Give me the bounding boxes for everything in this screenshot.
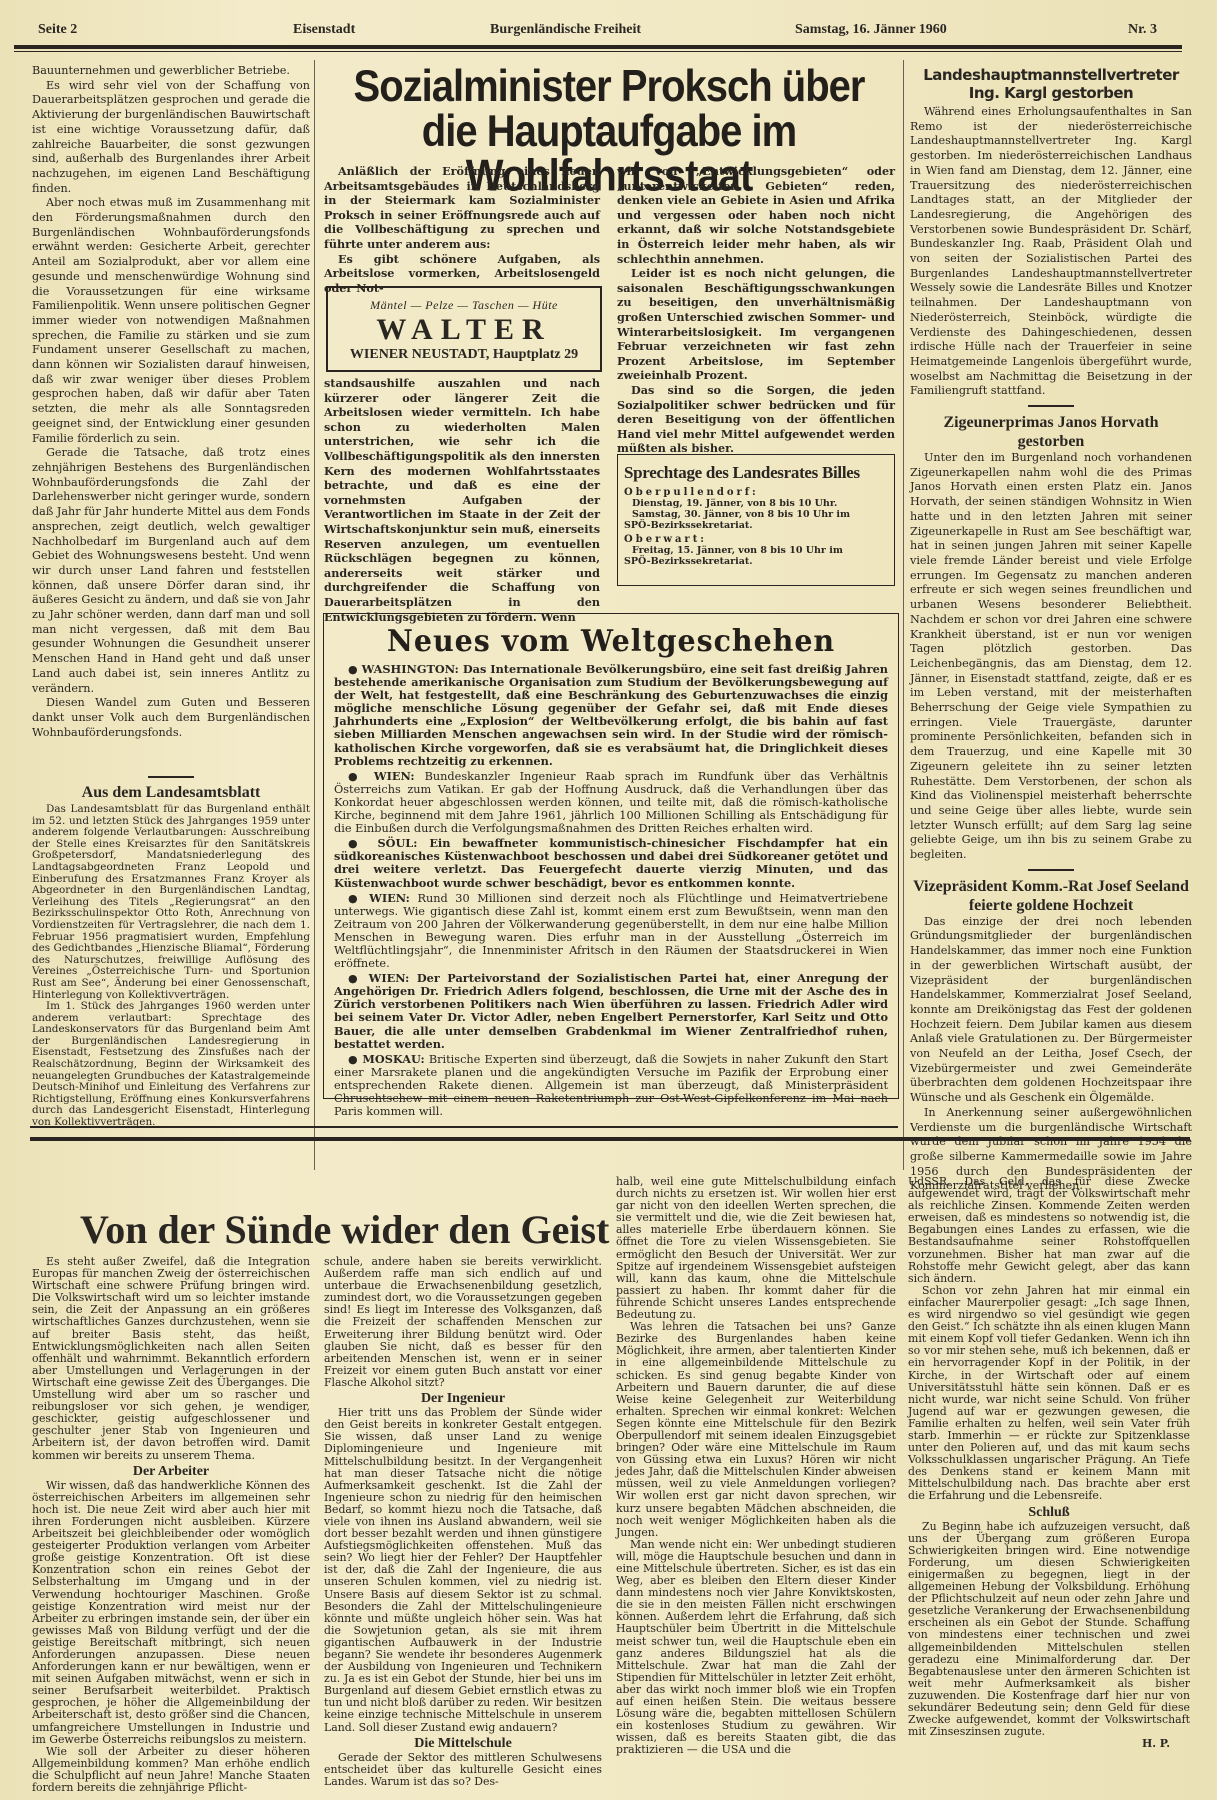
news-item: ● WIEN: Bundeskanzler Ingenieur Raab spr…	[334, 770, 888, 835]
news-text: Bundeskanzler Ingenieur Raab sprach im R…	[334, 770, 888, 835]
masthead-rule	[14, 45, 1182, 49]
section-rule	[30, 1137, 1190, 1141]
bullet-icon: ●	[348, 972, 361, 985]
paragraph: Im 1. Stück des Jahrganges 1960 werden u…	[32, 1001, 310, 1129]
geist-col2: schule, andere haben sie bereits verwirk…	[324, 1256, 602, 1788]
paragraph: standsaushilfe auszahlen und nach kürzer…	[324, 376, 600, 624]
weltgeschehen-box: Neues vom Weltgeschehen ● WASHINGTON: Da…	[323, 613, 899, 1099]
separator	[1028, 869, 1074, 871]
geist-title: Von der Sünde wider den Geist	[80, 1206, 609, 1253]
paragraph: Diesen Wandel zum Guten und Besseren dan…	[32, 696, 310, 740]
paragraph: halb, weil eine gute Mittelschulbildung …	[616, 1176, 896, 1321]
paragraph: Schon vor zehn Jahren hat mir einmal ein…	[908, 1285, 1190, 1503]
place: Eisenstadt	[293, 22, 355, 38]
paragraph: wir von „Entwicklungsgebieten“ oder „unt…	[617, 164, 895, 266]
news-dateline: WIEN:	[374, 769, 415, 783]
paragraph: Man wende nicht ein: Wer unbedingt studi…	[616, 1539, 896, 1757]
column-divider	[314, 60, 315, 1170]
horvath-text: Unter den im Burgenland noch vorhandenen…	[910, 451, 1192, 863]
paragraph: Leider ist es noch nicht gelungen, die s…	[617, 266, 895, 383]
issue-number: Nr. 3	[1128, 22, 1157, 38]
author-signature: H. P.	[908, 1738, 1190, 1750]
landesamtsblatt-title: Aus dem Landesamtsblatt	[32, 784, 310, 802]
paragraph: schule, andere haben sie bereits verwirk…	[324, 1256, 602, 1389]
news-item: ● WASHINGTON: Das Internationale Bevölke…	[334, 663, 888, 768]
news-text: Das Internationale Bevölkerungsbüro, ein…	[334, 662, 888, 768]
bullet-icon: ●	[348, 770, 364, 783]
ad-address: WIENER NEUSTADT, Hauptplatz 29	[328, 347, 600, 363]
geist-col1: Es steht außer Zweifel, daß die Integrat…	[32, 1256, 310, 1794]
news-item: ● WIEN: Der Parteivorstand der Sozialist…	[334, 972, 888, 1051]
box-bottom-rule	[30, 1126, 898, 1128]
column-divider	[903, 60, 904, 1170]
newspaper-page: Seite 2 Eisenstadt Burgenländische Freih…	[0, 0, 1217, 1800]
weltgeschehen-title: Neues vom Weltgeschehen	[338, 624, 883, 659]
section-subheading: Der Ingenieur	[324, 1393, 602, 1405]
geist-col3: halb, weil eine gute Mittelschulbildung …	[616, 1176, 896, 1757]
advertisement-walter: Mäntel — Pelze — Taschen — Hüte WALTER W…	[326, 286, 602, 372]
paragraph: Aber noch etwas muß im Zusammenhang mit …	[32, 196, 310, 446]
paragraph: Wie soll der Arbeiter zu dieser höheren …	[32, 1746, 310, 1794]
proksch-article-col2: wir von „Entwicklungsgebieten“ oder „unt…	[617, 164, 895, 456]
news-item: ● WIEN: Rund 30 Millionen sind derzeit n…	[334, 892, 888, 971]
horvath-title: Zigeunerprimas Janos Horvath gestorben	[910, 413, 1192, 451]
news-dateline: WIEN:	[369, 891, 410, 905]
paragraph: Das sind so die Sorgen, die jeden Sozial…	[617, 383, 895, 456]
section-subheading: Schluß	[908, 1507, 1190, 1519]
paragraph: Das Landesamtsblatt für das Burgenland e…	[32, 804, 310, 1001]
sprechtage-location: Oberwart:	[624, 534, 888, 545]
sprechtage-location: Oberpullendorf:	[624, 487, 888, 498]
kargl-text: Während eines Erholungsaufenthaltes in S…	[910, 105, 1192, 399]
masthead-rule-thin	[14, 51, 1182, 52]
news-dateline: WASHINGTON:	[362, 662, 459, 676]
paragraph: Es wird sehr viel von der Schaffung von …	[32, 79, 310, 197]
ad-brand: WALTER	[328, 315, 600, 345]
seeland-title: Vizepräsident Komm.-Rat Josef Seeland fe…	[910, 877, 1192, 915]
paragraph: Zu Beginn habe ich aufzuzeigen versucht,…	[908, 1521, 1190, 1739]
date: Samstag, 16. Jänner 1960	[795, 22, 947, 38]
sprechtage-box: Sprechtage des Landesrates Billes Oberpu…	[617, 454, 895, 586]
paragraph: Wir wissen, daß das handwerkliche Können…	[32, 1480, 310, 1746]
sprechtage-line: SPÖ-Bezirkssekretariat.	[624, 556, 888, 567]
paragraph: Was lehren die Tatsachen bei uns? Ganze …	[616, 1321, 896, 1539]
paragraph: Hier tritt uns das Problem der Sünde wid…	[324, 1407, 602, 1734]
page-number: Seite 2	[38, 22, 77, 38]
landesamtsblatt-article: Aus dem Landesamtsblatt Das Landesamtsbl…	[32, 770, 310, 1129]
separator	[1028, 405, 1074, 407]
paragraph: Gerade die Tatsache, daß trotz eines zeh…	[32, 446, 310, 696]
news-item: ● MOSKAU: Britische Experten sind überze…	[334, 1053, 888, 1118]
news-text: Der Parteivorstand der Sozialistischen P…	[334, 971, 888, 1050]
separator	[148, 776, 194, 778]
news-dateline: WIEN:	[369, 971, 410, 985]
sprechtage-line: Samstag, 30. Jänner, von 8 bis 10 Uhr im	[624, 509, 888, 520]
paragraph: Anläßlich der Eröffnung eines neuen Arbe…	[324, 164, 600, 252]
sprechtage-line: Freitag, 15. Jänner, von 8 bis 10 Uhr im	[624, 545, 888, 556]
paragraph: UdSSR. Das Geld, das für diese Zwecke au…	[908, 1176, 1190, 1285]
proksch-article-col1: Anläßlich der Eröffnung eines neuen Arbe…	[324, 164, 600, 295]
weltgeschehen-items: ● WASHINGTON: Das Internationale Bevölke…	[324, 659, 898, 1118]
news-text: Rund 30 Millionen sind derzeit noch als …	[334, 892, 888, 970]
paragraph: Gerade der Sektor des mittleren Schulwes…	[324, 1752, 602, 1788]
bullet-icon: ●	[348, 663, 358, 676]
news-text: Ein bewaffneter kommunistisch-chinesiche…	[334, 836, 888, 889]
proksch-article-col1-cont: standsaushilfe auszahlen und nach kürzer…	[324, 376, 600, 624]
ad-tagline: Mäntel — Pelze — Taschen — Hüte	[328, 298, 600, 313]
newspaper-name: Burgenländische Freiheit	[490, 22, 641, 38]
sprechtage-title: Sprechtage des Landesrates Billes	[624, 463, 888, 483]
sprechtage-line: SPÖ-Bezirkssekretariat.	[624, 520, 888, 531]
kargl-title: Landeshauptmannstellvertreter Ing. Kargl…	[910, 66, 1192, 102]
section-subheading: Die Mittelschule	[324, 1738, 602, 1750]
sprechtage-line: Dienstag, 19. Jänner, von 8 bis 10 Uhr.	[624, 498, 888, 509]
bullet-icon: ●	[348, 837, 366, 850]
paragraph: Es steht außer Zweifel, daß die Integrat…	[32, 1256, 310, 1462]
news-item: ● SÖUL: Ein bewaffneter kommunistisch-ch…	[334, 837, 888, 889]
paragraph: Bauunternehmen und gewerblicher Betriebe…	[32, 64, 310, 79]
bullet-icon: ●	[348, 892, 362, 905]
section-subheading: Der Arbeiter	[32, 1466, 310, 1478]
bullet-icon: ●	[348, 1053, 358, 1066]
wohnbau-article-continued: Bauunternehmen und gewerblicher Betriebe…	[32, 64, 310, 740]
news-dateline: MOSKAU:	[362, 1052, 424, 1066]
news-dateline: SÖUL:	[377, 836, 417, 850]
masthead: Seite 2 Eisenstadt Burgenländische Freih…	[38, 22, 1183, 44]
seeland-text: Das einzige der drei noch lebenden Gründ…	[910, 915, 1192, 1106]
right-column: Landeshauptmannstellvertreter Ing. Kargl…	[910, 66, 1192, 1194]
geist-col4: UdSSR. Das Geld, das für diese Zwecke au…	[908, 1176, 1190, 1750]
